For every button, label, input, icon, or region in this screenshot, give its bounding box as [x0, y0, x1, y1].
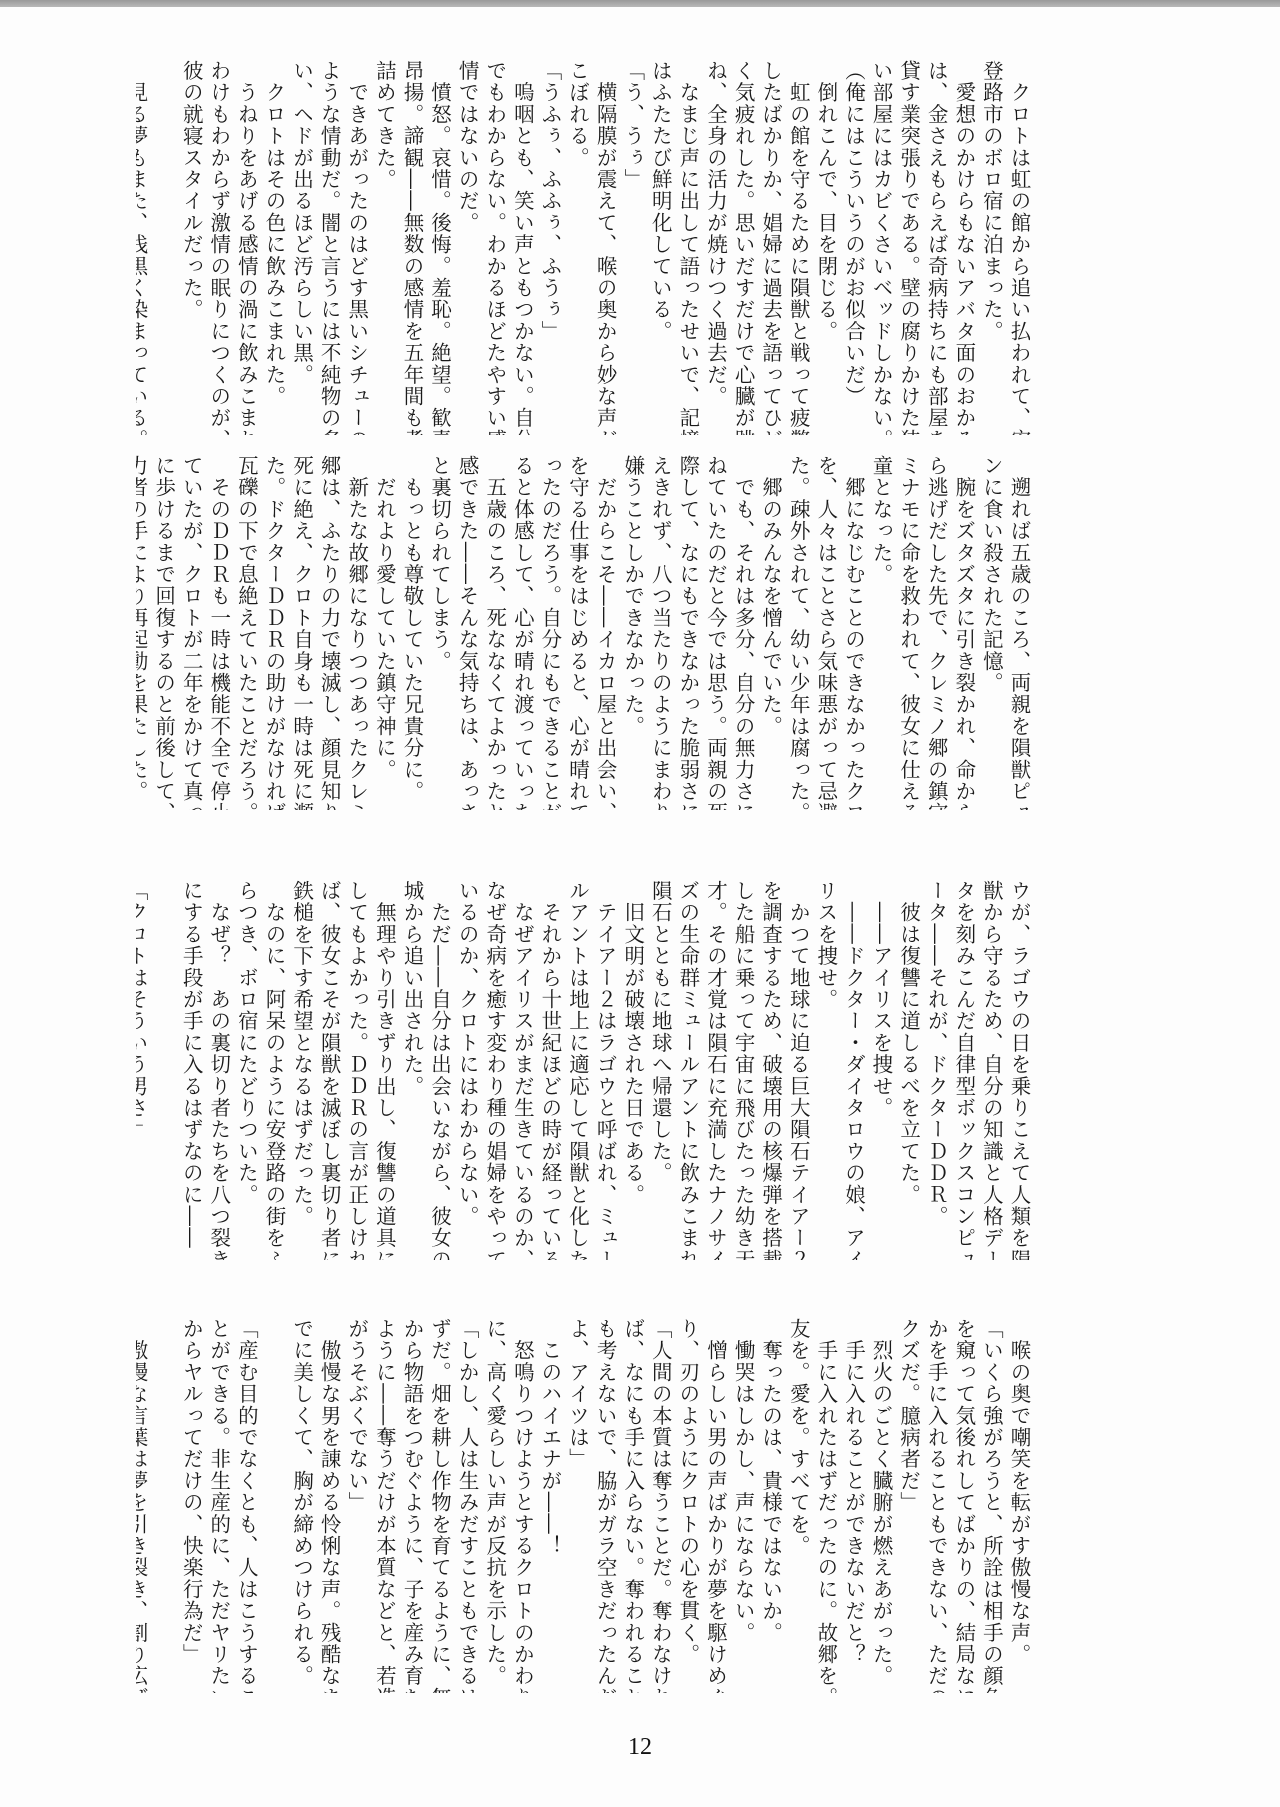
- text-line: た。疎外されて、幼い少年は腐った。: [784, 455, 812, 810]
- text-line: このハイエナが――！: [535, 1318, 563, 1693]
- text-line: かつて地球に迫る巨大隕石テイアー２: [784, 880, 812, 1260]
- text-line: 怒鳴りつけようとするクロトのかわり: [508, 1318, 536, 1693]
- text-line: ただ――自分は出会いながら、彼女の: [425, 880, 453, 1260]
- text-line: らつき、ボロ宿にたどりついた。: [232, 880, 260, 1260]
- text-line: ねていたのだと今では思う。両親の死に: [701, 455, 729, 810]
- text-line: 城から追い出された。: [397, 880, 425, 1260]
- text-line: 瓦礫の下で息絶えていたことだろう。: [232, 455, 260, 810]
- text-line: 虹の館を守るために隕獣と戦って疲弊: [784, 60, 812, 435]
- text-line: 「しかし、人は生みだすこともできるは: [453, 1318, 481, 1693]
- text-line: 隕石とともに地球へ帰還した。: [646, 880, 674, 1260]
- text-line: 彼は復讐に道しるべを立てた。: [894, 880, 922, 1260]
- text-line: なまじ声に出して語ったせいで、記憶: [673, 60, 701, 435]
- text-line: 遡れば五歳のころ、両親を隕獣ピュト: [1004, 455, 1032, 810]
- text-line: 貸す業突張りである。壁の腐りかけた狭: [894, 60, 922, 435]
- text-line: ズの生命群ミュールアントに飲みこまれ、: [673, 880, 701, 1260]
- text-line: に、高く愛らしい声が反抗を示した。: [480, 1318, 508, 1693]
- text-line: 見る夢もまた、浅黒く染まっている。: [136, 60, 149, 435]
- text-line: クロトはその色に飲みこまれた。: [259, 60, 287, 435]
- text-line: わけもわからず激情の眠りにつくのが、: [204, 60, 232, 435]
- text-tier-2: 遡れば五歳のころ、両親を隕獣ピュトンに食い殺された記憶。 腕をズタズタに引き裂か…: [136, 455, 1032, 810]
- text-line: そのＤＤＲも一時は機能不全で停止し: [204, 455, 232, 810]
- text-line: なぜ？ あの裏切り者たちを八つ裂き: [204, 880, 232, 1260]
- text-line: だれより愛していた鎮守神に。: [370, 455, 398, 810]
- text-line: 才。その才覚は隕石に充満したナノサイ: [701, 880, 729, 1260]
- text-line: い部屋にはカビくさいベッドしかない。: [866, 60, 894, 435]
- text-line: 情ではないのだ。: [453, 60, 481, 435]
- text-line: してもよかった。ＤＤＲの言が正しけれ: [342, 880, 370, 1260]
- text-line: 手に入れることができないだと？: [839, 1318, 867, 1693]
- text-line: クズだ。臆病者だ」: [894, 1318, 922, 1693]
- text-line: 喉の奥で嘲笑を転がす傲慢な声。: [1004, 1318, 1032, 1693]
- text-line: を、人々はことさら気味悪がって忌避し: [811, 455, 839, 810]
- text-line: ずだ。畑を耕し作物を育てるように、無: [425, 1318, 453, 1693]
- text-line: ていたが、クロトが二年をかけて真っ当: [177, 455, 205, 810]
- text-line: [149, 60, 177, 435]
- text-line: それから十世紀ほどの時が経っている。: [535, 880, 563, 1260]
- text-line: いるのか、クロトにはわからない。: [453, 880, 481, 1260]
- text-line: ば、彼女こそが隕獣を滅ぼし裏切り者に: [315, 880, 343, 1260]
- text-line: 「クロトはそういう男さ」: [136, 880, 149, 1260]
- text-line: えきれず、八つ当たりのようにまわりを: [646, 455, 674, 810]
- text-line: できあがったのはどす黒いシチューの: [342, 60, 370, 435]
- text-line: ミナモに命を救われて、彼女に仕える覡: [894, 455, 922, 810]
- text-line: ね、全身の活力が焼けつく過去だ。: [701, 60, 729, 435]
- text-line: く気疲れした。思いだすだけで心臓が跳: [728, 60, 756, 435]
- text-line: 郷のみんなを憎んでいた。: [756, 455, 784, 810]
- text-line: を守る仕事をはじめると、心が晴れてい: [563, 455, 591, 810]
- text-line: ら逃げだした先で、クレミノ郷の鎮守神: [922, 455, 950, 810]
- text-line: は、金さえもらえば奇病持ちにも部屋を: [922, 60, 950, 435]
- text-line: でもわからない。わかるほどたやすい感: [480, 60, 508, 435]
- text-line: 「う、うぅ」: [618, 60, 646, 435]
- text-line: 憎らしい男の声ばかりが夢を駆けめぐ: [701, 1318, 729, 1693]
- text-line: ンに食い殺された記憶。: [977, 455, 1005, 810]
- text-line: うねりをあげる感情の渦に飲みこまれ: [232, 60, 260, 435]
- text-line: も考えないで、脇がガラ空きだったんだ: [591, 1318, 619, 1693]
- text-tier-1: クロトは虹の館から追い払われて、安登路市のボロ宿に泊まった。 愛想のかけらもない…: [136, 60, 1032, 435]
- text-line: [259, 1318, 287, 1693]
- text-line: テイアー２はラゴウと呼ばれ、ミュー: [591, 880, 619, 1260]
- text-line: もっとも尊敬していた兄貴分に。: [397, 455, 425, 810]
- text-tier-4: 喉の奥で嘲笑を転がす傲慢な声。「いくら強がろうと、所詮は相手の顔色を窺って気後れ…: [136, 1318, 1032, 1693]
- text-line: 死に絶え、クロト自身も一時は死に瀕し: [287, 455, 315, 810]
- text-line: 烈火のごとく臓腑が燃えあがった。: [866, 1318, 894, 1693]
- text-line: 郷は、ふたりの力で壊滅し、顔見知りは: [315, 455, 343, 810]
- text-line: なぜアイリスがまだ生きているのか、: [508, 880, 536, 1260]
- text-line: だからこそ――イカロ屋と出会い、郷: [591, 455, 619, 810]
- text-line: 奪ったのは、貴様ではないか。: [756, 1318, 784, 1693]
- text-line: 嫌うことしかできなかった。: [618, 455, 646, 810]
- text-line: なぜ奇病を癒す変わり種の娼婦をやって: [480, 880, 508, 1260]
- text-line: 「うふぅ、ふふぅ、ふうぅ」: [535, 60, 563, 435]
- text-line: り、刃のようにクロトの心を貫く。: [673, 1318, 701, 1693]
- text-line: [149, 880, 177, 1260]
- text-line: にする手段が手に入るはずなのに――: [177, 880, 205, 1260]
- text-line: 「人間の本質は奪うことだ。奪わなけれ: [646, 1318, 674, 1693]
- text-line: 郷になじむことのできなかったクロト: [839, 455, 867, 810]
- text-line: 憤怒。哀惜。後悔。羞恥。絶望。歓喜。: [425, 60, 453, 435]
- text-line: がうそぶくでない」: [342, 1318, 370, 1693]
- text-line: ータ――それが、ドクターＤＤＲ。: [922, 880, 950, 1260]
- text-line: 倒れこんで、目を閉じる。: [811, 60, 839, 435]
- text-line: 五歳のころ、死ななくてよかったと実: [480, 455, 508, 810]
- text-line: こぼれる。: [563, 60, 591, 435]
- text-line: を調査するため、破壊用の核爆弾を搭載: [756, 880, 784, 1260]
- text-line: 「いくら強がろうと、所詮は相手の顔色: [977, 1318, 1005, 1693]
- text-line: とができる。非生産的に、ただヤリたい: [204, 1318, 232, 1693]
- text-line: ると体感して、心が晴れ渡っていった。: [508, 455, 536, 810]
- text-line: [149, 1318, 177, 1693]
- text-line: と裏切られてしまう。: [425, 455, 453, 810]
- text-line: かを手に入れることもできない、ただの: [922, 1318, 950, 1693]
- text-line: ったのだろう。自分にもできることがあ: [535, 455, 563, 810]
- text-line: よ、アイツは」: [563, 1318, 591, 1693]
- text-line: た。ドクターＤＤＲの助けがなければ、: [259, 455, 287, 810]
- text-line: からヤルってだけの、快楽行為だ」: [177, 1318, 205, 1693]
- text-line: ば、なにも手に入らない。奪われること: [618, 1318, 646, 1693]
- text-line: 慟哭はしかし、声にならない。: [728, 1318, 756, 1693]
- text-line: 登路市のボロ宿に泊まった。: [977, 60, 1005, 435]
- text-line: 童となった。: [866, 455, 894, 810]
- text-line: 鉄槌を下す希望となるはずだった。: [287, 880, 315, 1260]
- text-line: （俺にはこういうのがお似合いだ）: [839, 60, 867, 435]
- text-line: リスを捜せ。: [811, 880, 839, 1260]
- text-line: 力者の手により再起動を果たした。: [136, 455, 149, 810]
- page-number: 12: [0, 1734, 1280, 1761]
- text-line: 傲慢な言葉は夢を引き裂き、割り広げ、: [136, 1318, 149, 1693]
- text-line: に歩けるまで回復するのと前後して、協: [149, 455, 177, 810]
- text-line: はふたたび鮮明化している。: [646, 60, 674, 435]
- text-line: を窺って気後れしてばかりの、結局なに: [949, 1318, 977, 1693]
- text-tier-3: ウが、ラゴウの日を乗りこえて人類を隕獣から守るため、自分の知識と人格データを刻み…: [136, 880, 1032, 1260]
- text-line: 腕をズタズタに引き裂かれ、命からが: [949, 455, 977, 810]
- text-line: から物語をつむぐように、子を産み育む: [397, 1318, 425, 1693]
- text-line: ――アイリスを捜せ。: [866, 880, 894, 1260]
- text-line: なのに、阿呆のように安登路の街をふ: [259, 880, 287, 1260]
- text-line: でも、それは多分、自分の無力さにす: [728, 455, 756, 810]
- text-line: 旧文明が破壊された日である。: [618, 880, 646, 1260]
- text-line: したばかりか、娼婦に過去を語ってひど: [756, 60, 784, 435]
- text-line: タを刻みこんだ自律型ボックスコンピュ: [949, 880, 977, 1260]
- text-line: ように――奪うだけが本質などと、若造: [370, 1318, 398, 1693]
- text-line: 昂揚。諦観――無数の感情を五年間も煮: [397, 60, 425, 435]
- text-line: でに美しくて、胸が締めつけられる。: [287, 1318, 315, 1693]
- text-line: ウが、ラゴウの日を乗りこえて人類を隕: [1004, 880, 1032, 1260]
- text-line: した船に乗って宇宙に飛びたった幼き天: [728, 880, 756, 1260]
- text-line: 手に入れたはずだったのに。故郷を。: [811, 1318, 839, 1693]
- text-line: 際して、なにもできなかった脆弱さに耐: [673, 455, 701, 810]
- text-line: ような情動だ。闇と言うには不純物の多: [315, 60, 343, 435]
- text-line: ルアントは地上に適応して隕獣と化した。: [563, 880, 591, 1260]
- text-line: 無理やり引きずり出し、復讐の道具に: [370, 880, 398, 1260]
- text-line: 愛想のかけらもないアバタ面のおかみ: [949, 60, 977, 435]
- text-line: 詰めてきた。: [370, 60, 398, 435]
- text-line: クロトは虹の館から追い払われて、安: [1004, 60, 1032, 435]
- text-line: 感できた――そんな気持ちは、あっさり: [453, 455, 481, 810]
- text-line: 友を。愛を。すべてを。: [784, 1318, 812, 1693]
- scan-top-edge: [0, 0, 1280, 7]
- text-line: 獣から守るため、自分の知識と人格デー: [977, 880, 1005, 1260]
- text-line: 「産む目的でなくとも、人はこうするこ: [232, 1318, 260, 1693]
- text-line: 新たな故郷になりつつあったクレミノ: [342, 455, 370, 810]
- text-line: 傲慢な男を諌める怜悧な声。残酷なま: [315, 1318, 343, 1693]
- text-line: ――ドクター・ダイタロウの娘、アイ: [839, 880, 867, 1260]
- text-line: 横隔膜が震えて、喉の奥から妙な声が: [591, 60, 619, 435]
- text-line: 彼の就寝スタイルだった。: [177, 60, 205, 435]
- text-line: い、ヘドが出るほど汚らしい黒。: [287, 60, 315, 435]
- text-line: 嗚咽とも、笑い声ともつかない。自分: [508, 60, 536, 435]
